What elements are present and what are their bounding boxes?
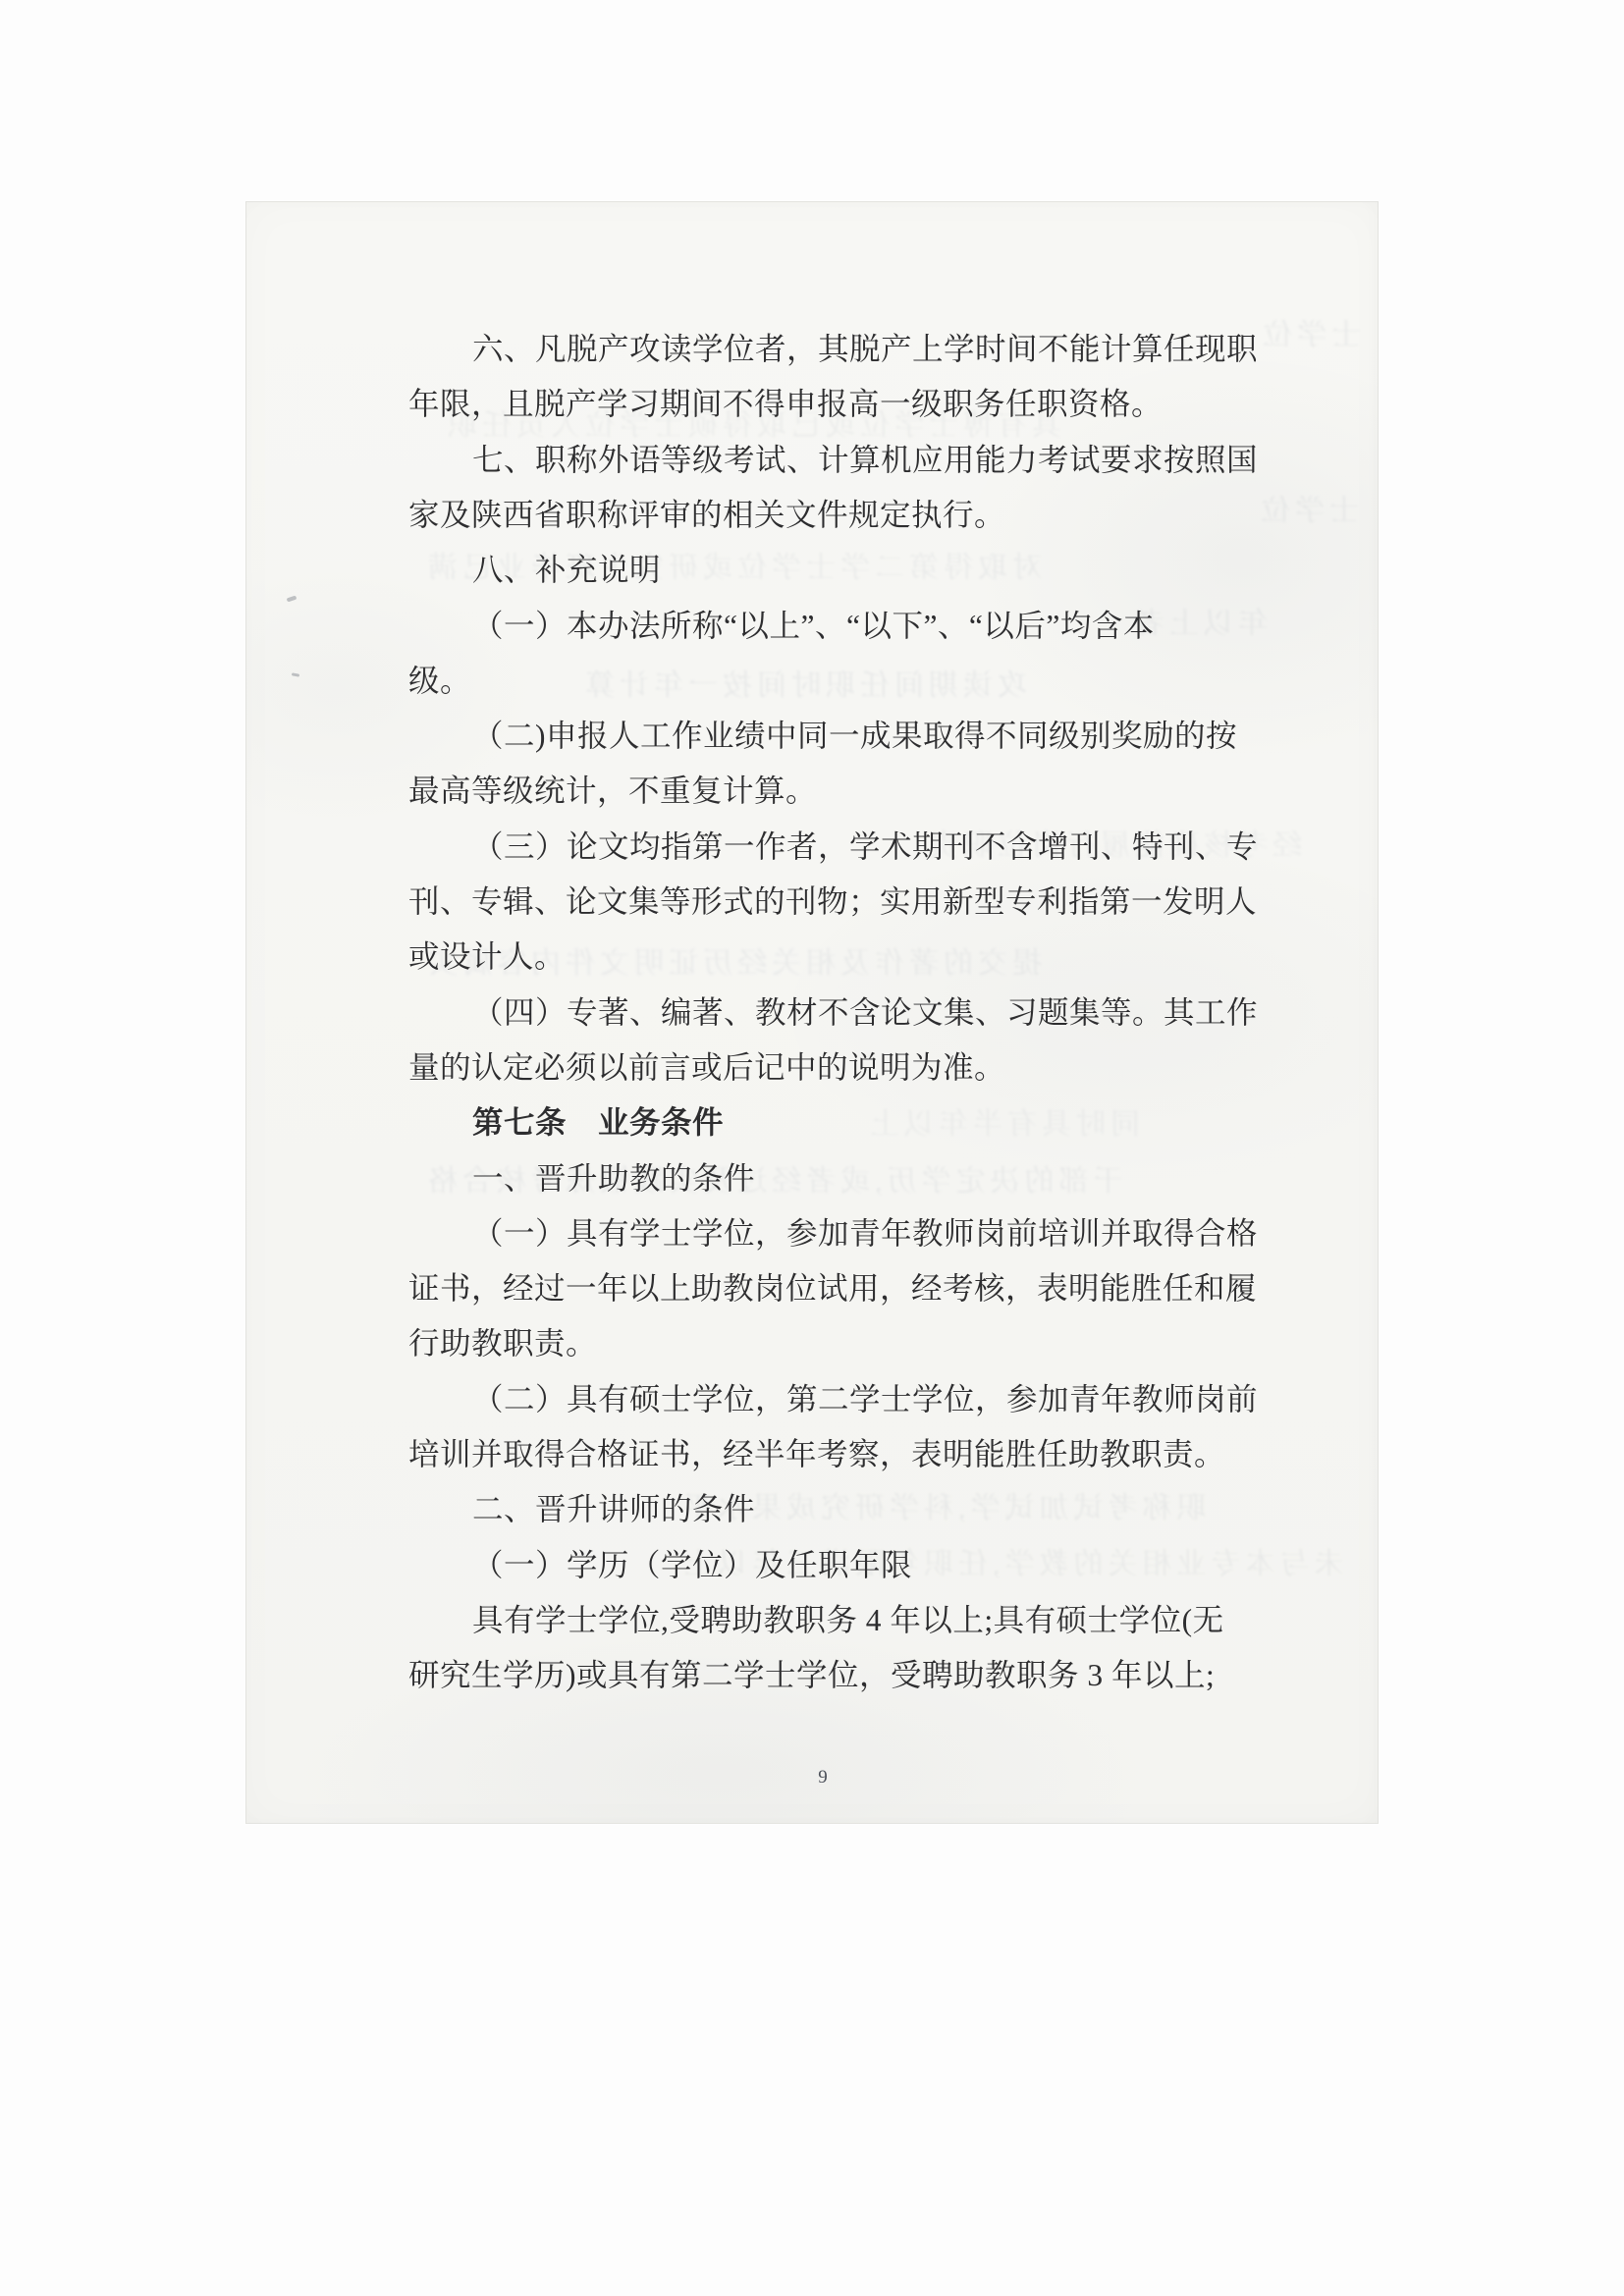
- text-line-5: 八、补充说明: [408, 543, 661, 598]
- page-number: 9: [793, 1764, 852, 1791]
- text-line-6: （一）本办法所称“以上”、“以下”、“以后”均含本: [408, 599, 1155, 654]
- text-line-22: 二、晋升讲师的条件: [408, 1482, 755, 1537]
- text-line-12: 或设计人。: [408, 930, 566, 985]
- scan-background: 士学位具有博士学位或已取得硕士学位人员任职士学位对取得第二学士学位或研究生班毕业…: [0, 0, 1624, 2296]
- text-line-20: （二）具有硕士学位，第二学士学位，参加青年教师岗前: [408, 1372, 1258, 1427]
- text-line-17: （一）具有学士学位，参加青年教师岗前培训并取得合格: [408, 1206, 1258, 1261]
- text-line-21: 培训并取得合格证书，经半年考察，表明能胜任助教职责。: [408, 1427, 1225, 1482]
- text-line-16: 一、晋升助教的条件: [408, 1151, 755, 1206]
- document-page: 士学位具有博士学位或已取得硕士学位人员任职士学位对取得第二学士学位或研究生班毕业…: [245, 201, 1379, 1824]
- text-line-24: 具有学士学位,受聘助教职务 4 年以上;具有硕士学位(无: [408, 1593, 1224, 1648]
- text-line-10: （三）论文均指第一作者，学术期刊不含增刊、特刊、专: [408, 820, 1258, 875]
- text-line-4: 家及陕西省职称评审的相关文件规定执行。: [408, 488, 1005, 543]
- text-block: 六、凡脱产攻读学位者，其脱产上学时间不能计算任现职年限，且脱产学习期间不得申报高…: [246, 202, 1378, 1823]
- text-line-9: 最高等级统计，不重复计算。: [408, 764, 817, 819]
- text-line-23: （一）学历（学位）及任职年限: [408, 1538, 912, 1593]
- text-line-18: 证书，经过一年以上助教岗位试用，经考核，表明能胜任和履: [408, 1261, 1257, 1316]
- text-line-13: （四）专著、编著、教材不含论文集、习题集等。其工作: [408, 986, 1258, 1041]
- text-line-19: 行助教职责。: [408, 1316, 597, 1371]
- text-line-7: 级。: [408, 654, 471, 709]
- text-line-3: 七、职称外语等级考试、计算机应用能力考试要求按照国: [408, 433, 1258, 488]
- text-line-14: 量的认定必须以前言或后记中的说明为准。: [408, 1041, 1005, 1095]
- text-line-15: 第七条 业务条件: [408, 1095, 724, 1150]
- text-line-25: 研究生学历)或具有第二学士学位，受聘助教职务 3 年以上;: [408, 1648, 1215, 1703]
- text-line-2: 年限，且脱产学习期间不得申报高一级职务任职资格。: [408, 377, 1163, 432]
- text-line-1: 六、凡脱产攻读学位者，其脱产上学时间不能计算任现职: [408, 322, 1258, 377]
- text-line-8: （二)申报人工作业绩中同一成果取得不同级别奖励的按: [408, 709, 1237, 764]
- text-line-11: 刊、专辑、论文集等形式的刊物；实用新型专利指第一发明人: [408, 875, 1257, 930]
